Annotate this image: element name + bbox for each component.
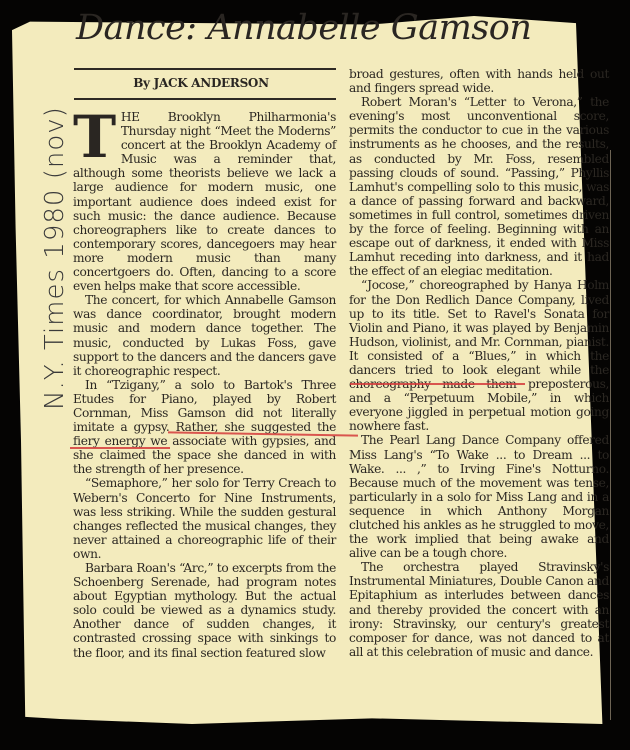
paragraph: The concert, for which Annabelle Gamson … <box>73 293 336 378</box>
byline-rule-top <box>74 68 336 70</box>
paragraph: “Jocose,” choreographed by Hanya Holm fo… <box>349 278 609 433</box>
article-column-2: broad gestures, often with hands held ou… <box>349 67 609 659</box>
handwritten-source-note: N.Y. Times 1980 (nov) <box>40 106 70 410</box>
paragraph: Robert Moran's “Letter to Verona,” the e… <box>349 95 609 278</box>
headline: Dance: Annabelle Gamson <box>76 8 596 48</box>
byline: By JACK ANDERSON <box>66 76 336 90</box>
paragraph: In “Tzigany,” a solo to Bartok's Three E… <box>73 378 336 477</box>
paragraph: Barbara Roan's “Arc,” to excerpts from t… <box>73 561 336 660</box>
paragraph: broad gestures, often with hands held ou… <box>349 67 609 95</box>
paragraph: “Semaphore,” her solo for Terry Creach t… <box>73 476 336 561</box>
paragraph: THE Brooklyn Philharmonia's Thursday nig… <box>73 110 336 293</box>
paragraph: The Pearl Lang Dance Company offered Mis… <box>349 433 609 560</box>
paragraph: The orchestra played Stravinsky's Instru… <box>349 560 609 659</box>
column-divider <box>610 150 611 720</box>
drop-cap: T <box>73 112 116 161</box>
red-underline-annotation <box>350 383 525 385</box>
article-column-1: THE Brooklyn Philharmonia's Thursday nig… <box>73 110 336 660</box>
byline-rule-bottom <box>74 98 336 100</box>
red-underline-annotation <box>70 447 170 449</box>
